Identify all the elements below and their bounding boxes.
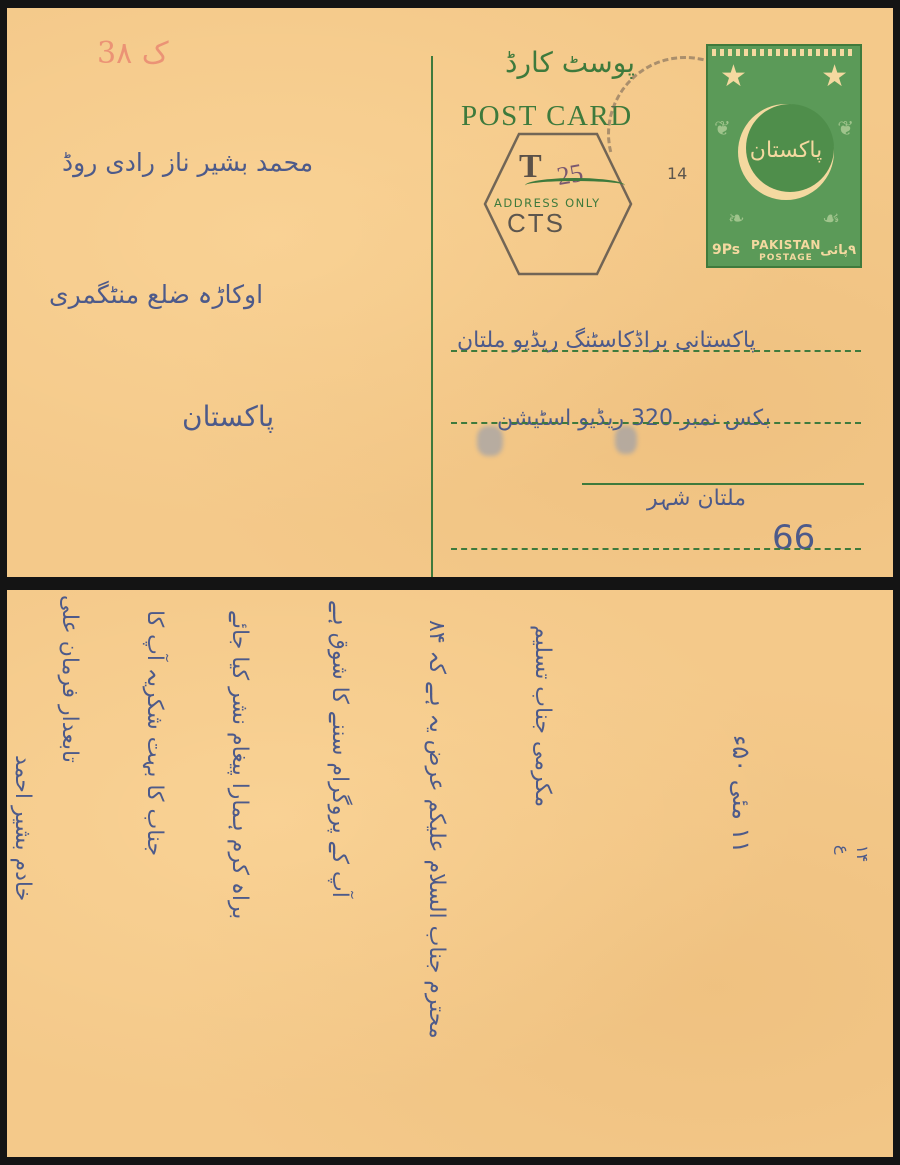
leaf-ornament-icon: ❧ — [728, 206, 745, 230]
letter-line: مکرمی جناب تسلیم — [530, 625, 555, 807]
side-note: ۱۴ ع — [834, 845, 872, 873]
stamp-value-left: 9Ps — [712, 242, 740, 258]
star-icon: ★ — [720, 62, 747, 92]
leaf-ornament-icon: ☙ — [822, 206, 840, 230]
address-line-3 — [582, 483, 864, 485]
letter-line: آپ کے پروگرام سننے کا شوق ہے — [327, 600, 352, 898]
postcard-front: 3ک ۸ محمد بشیر ناز رادی روڈ اوکاڑہ ضلع م… — [7, 8, 893, 577]
address-line-4 — [451, 548, 861, 550]
recipient-number: 66 — [772, 518, 815, 558]
recipient-line-2: بکس نمبر 320 ریڈیو اسٹیشن — [497, 406, 771, 431]
postage-stamp: ★ ★ ❦ ❦ ❧ ☙ پاکستان 9Ps PAKISTAN POSTAGE… — [706, 44, 862, 268]
sender-city-line: اوکاڑہ ضلع منٹگمری — [49, 280, 263, 309]
letter-line: تابعدار فرمان علی — [57, 595, 82, 763]
stamp-urdu-script: پاکستان — [746, 138, 826, 163]
letter-line: براہ کرم ہمارا پیغام نشر کیا جائے — [227, 610, 252, 919]
letter-date-line: ۱۱ مئی ۵۰ء — [727, 735, 755, 853]
leaf-ornament-icon: ❦ — [714, 116, 731, 140]
letter-line: محترم جناب السلام علیکم عرض یہ ہے کہ ۸۴ — [424, 620, 449, 1039]
letter-line: جناب کا بہت شکریہ آپ کا — [142, 610, 167, 856]
letter-line: خادم بشیر احمد — [10, 755, 35, 901]
cancel-code: CTS — [507, 208, 565, 239]
recipient-line-3: ملتان شہر — [647, 486, 746, 511]
stamp-border-pattern — [712, 49, 856, 56]
stamp-value-right: ۹پائی — [820, 243, 856, 258]
address-line-2 — [451, 422, 861, 424]
postcard-back: ۱۱ مئی ۵۰ء مکرمی جناب تسلیم محترم جناب ا… — [7, 590, 893, 1157]
leaf-ornament-icon: ❦ — [837, 116, 854, 140]
address-line-1 — [451, 350, 861, 352]
sender-country-line: پاکستان — [182, 400, 274, 433]
red-pencil-note: 3ک ۸ — [97, 36, 169, 71]
postmark-date: 14 — [667, 164, 687, 183]
star-icon: ★ — [821, 62, 848, 92]
address-divider — [431, 56, 433, 577]
sender-name-line: محمد بشیر ناز رادی روڈ — [62, 148, 313, 177]
stamp-postage-label: POSTAGE — [740, 253, 832, 263]
printed-swash — [525, 178, 625, 193]
stamp-country: PAKISTAN — [740, 238, 832, 252]
